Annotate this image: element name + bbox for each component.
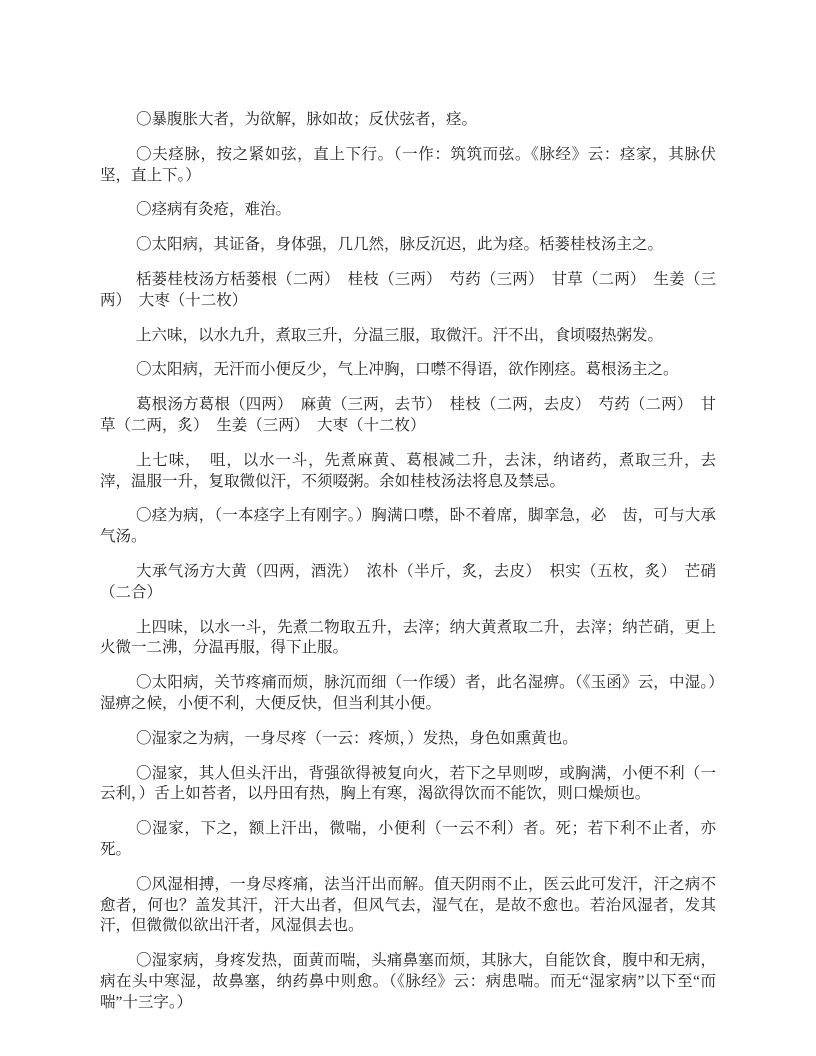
paragraph: 栝蒌桂枝汤方栝蒌根（二两） 桂枝（三两） 芍药（三两） 甘草（二两） 生姜（三两… (100, 270, 716, 312)
paragraph: 大承气汤方大黄（四两，酒洗） 浓朴（半斤，炙，去皮） 枳实（五枚，炙） 芒硝（二… (100, 562, 716, 604)
paragraph: 〇湿家，下之，额上汗出，微喘，小便利（一云不利）者。死；若下利不止者，亦死。 (100, 819, 716, 861)
paragraph: 〇湿家之为病，一身尽疼（一云：疼烦，）发热，身色如熏黄也。 (100, 729, 716, 750)
paragraph: 〇风湿相搏，一身尽疼痛，法当汗出而解。值天阴雨不止，医云此可发汗，汗之病不愈者，… (100, 875, 716, 937)
paragraph: 〇太阳病，关节疼痛而烦，脉沉而细（一作缓）者，此名湿痹。（《玉函》云，中湿。）湿… (100, 673, 716, 715)
document-page: 〇暴腹胀大者，为欲解，脉如故；反伏弦者，痉。〇夫痉脉，按之紧如弦，直上下行。（一… (0, 0, 816, 1056)
paragraph: 〇湿家病，身疼发热，面黄而喘，头痛鼻塞而烦，其脉大，自能饮食，腹中和无病，病在头… (100, 951, 716, 1013)
paragraph: 〇太阳病，其证备，身体强，几几然，脉反沉迟，此为痉。栝蒌桂枝汤主之。 (100, 235, 716, 256)
paragraph: 上四味，以水一斗，先煮二物取五升，去滓；纳大黄煮取二升，去滓；纳芒硝，更上火微一… (100, 618, 716, 660)
paragraph: 〇痉为病，（一本痉字上有刚字。）胸满口噤，卧不着席，脚挛急，必 齿，可与大承气汤… (100, 506, 716, 548)
paragraph: 〇夫痉脉，按之紧如弦，直上下行。（一作：筑筑而弦。《脉经》云：痉家，其脉伏坚，直… (100, 145, 716, 187)
text-body: 〇暴腹胀大者，为欲解，脉如故；反伏弦者，痉。〇夫痉脉，按之紧如弦，直上下行。（一… (100, 110, 716, 1014)
paragraph: 〇暴腹胀大者，为欲解，脉如故；反伏弦者，痉。 (100, 110, 716, 131)
paragraph: 〇痉病有灸疮，难治。 (100, 200, 716, 221)
paragraph: 〇湿家，其人但头汗出，背强欲得被复向火，若下之早则哕，或胸满，小便不利（一云利，… (100, 764, 716, 806)
paragraph: 上七味， 咀，以水一斗，先煮麻黄、葛根减二升，去沫，纳诸药，煮取三升，去滓，温服… (100, 451, 716, 493)
paragraph: 〇太阳病，无汗而小便反少，气上冲胸，口噤不得语，欲作刚痉。葛根汤主之。 (100, 360, 716, 381)
paragraph: 上六味，以水九升，煮取三升，分温三服，取微汗。汗不出，食顷啜热粥发。 (100, 326, 716, 347)
paragraph: 葛根汤方葛根（四两） 麻黄（三两，去节） 桂枝（二两，去皮） 芍药（二两） 甘草… (100, 395, 716, 437)
